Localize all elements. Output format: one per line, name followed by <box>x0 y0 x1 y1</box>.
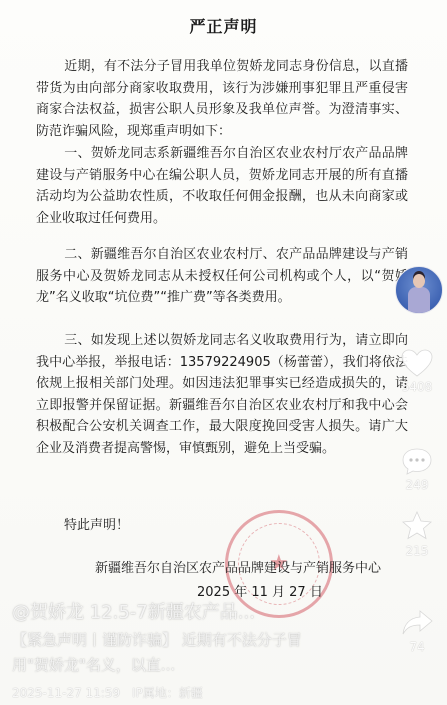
heart-icon <box>400 348 434 378</box>
ip-location: IP属地：新疆 <box>132 686 203 700</box>
star-icon <box>400 508 434 542</box>
closing-line: 特此声明！ <box>64 514 129 533</box>
post-meta: 2025-11-27 11:59 IP属地：新疆 <box>12 684 211 701</box>
favorite-count: 215 <box>387 544 447 558</box>
post-timestamp: 2025-11-27 11:59 <box>12 686 120 700</box>
point-three-paragraph: 三、如发现上述以贺娇龙同志名义收取费用行为，请立即向我中心举报，举报电话：135… <box>36 330 408 459</box>
share-button[interactable]: 74 <box>387 608 447 654</box>
comment-button[interactable]: 249 <box>387 446 447 492</box>
intro-paragraph: 近期，有不法分子冒用我单位贺娇龙同志身份信息，以直播带货为由向部分商家收取费用，… <box>36 56 408 142</box>
share-icon <box>400 608 434 638</box>
like-count: 5408 <box>387 380 447 394</box>
document-title: 严正声明 <box>0 14 447 37</box>
comment-count: 249 <box>387 478 447 492</box>
point-three-text: 三、如发现上述以贺娇龙同志名义收取费用行为，请立即向我中心举报，举报电话：135… <box>36 333 408 456</box>
point-two-text: 二、新疆维吾尔自治区农业农村厅、农产品品牌建设与产销服务中心及贺娇龙同志从未授权… <box>36 247 408 305</box>
signing-organization: 新疆维吾尔自治区农产品品牌建设与产销服务中心 <box>95 557 381 576</box>
author-handle[interactable]: @贺娇龙 12.5-7新疆农产品... <box>12 598 255 624</box>
avatar-figure-head <box>413 274 425 288</box>
like-button[interactable]: 5408 <box>387 348 447 394</box>
share-count: 74 <box>387 640 447 654</box>
comment-icon <box>400 446 434 476</box>
favorite-button[interactable]: 215 <box>387 508 447 558</box>
author-avatar[interactable] <box>395 266 443 314</box>
intro-text: 近期，有不法分子冒用我单位贺娇龙同志身份信息，以直播带货为由向部分商家收取费用，… <box>36 59 408 139</box>
point-two-paragraph: 二、新疆维吾尔自治区农业农村厅、农产品品牌建设与产销服务中心及贺娇龙同志从未授权… <box>36 244 408 309</box>
post-description[interactable]: 【紧急声明丨谨防诈骗】 近期有不法分子冒用"贺娇龙"名义，以直... <box>12 628 322 678</box>
avatar-figure-body <box>408 287 430 314</box>
point-one-text: 一、贺娇龙同志系新疆维吾尔自治区农业农村厅农产品品牌建设与产销服务中心在编公职人… <box>36 146 408 226</box>
point-one-paragraph: 一、贺娇龙同志系新疆维吾尔自治区农业农村厅农产品品牌建设与产销服务中心在编公职人… <box>36 143 408 229</box>
